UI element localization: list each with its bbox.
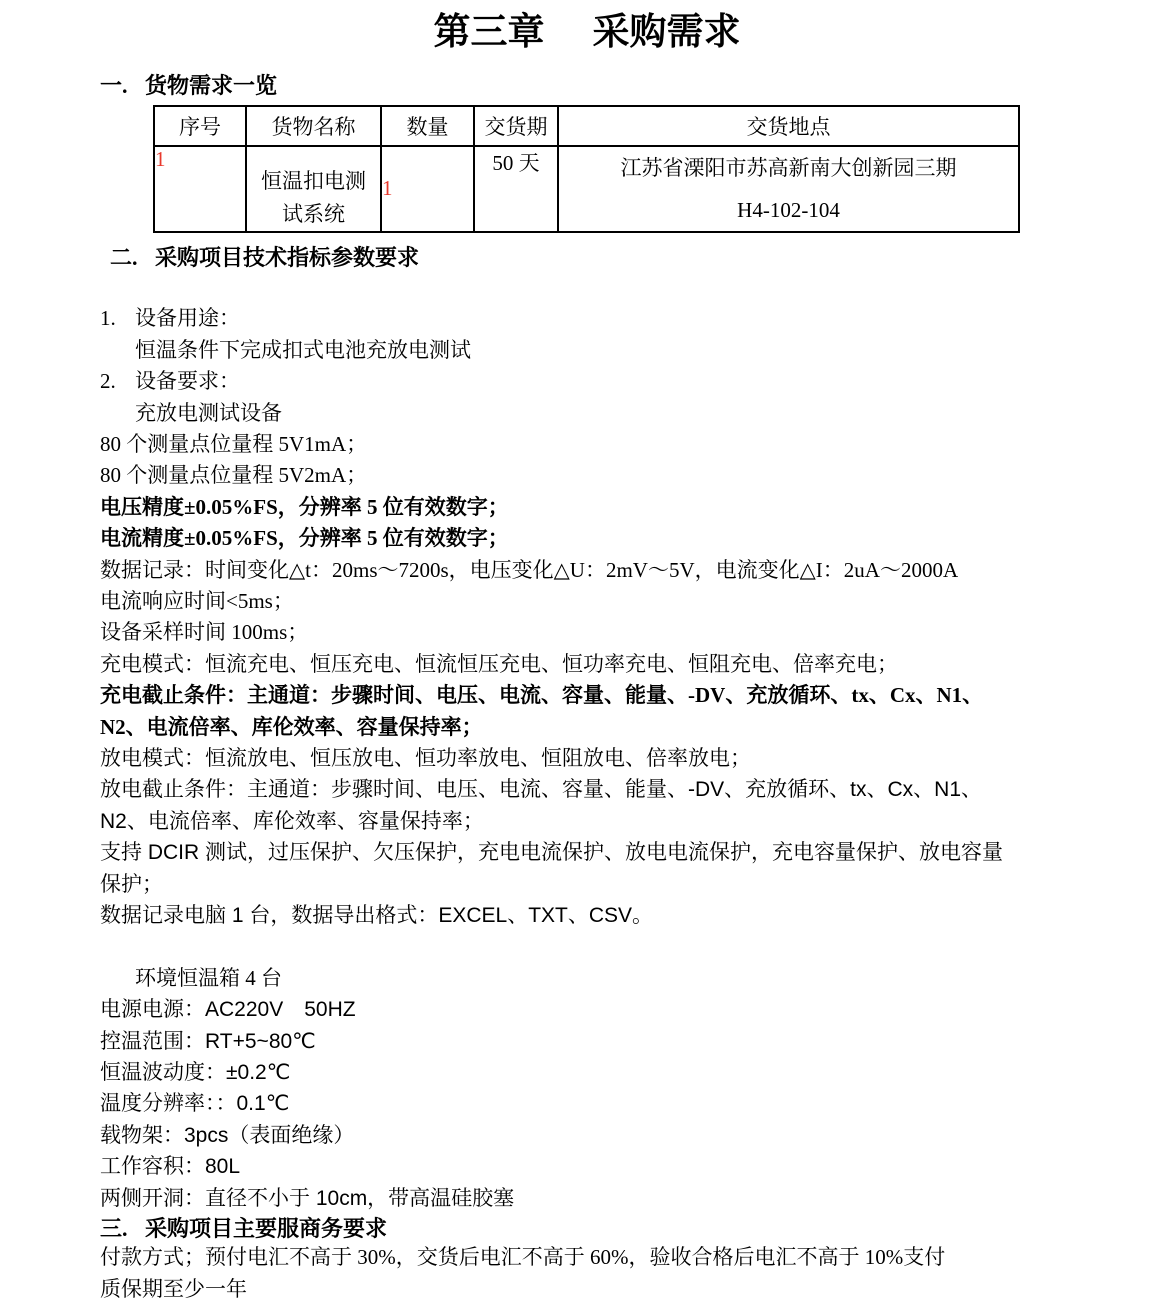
document-page: 第三章采购需求 一.货物需求一览 序号 货物名称 数量 交货期 交货地点 1 恒…: [0, 0, 1174, 1305]
delivery-place-line: H4-102-104: [559, 189, 1018, 231]
item-number: 2.: [100, 366, 135, 397]
spec-line: 两侧开洞：直径不小于 10cm，带高温硅胶塞: [100, 1183, 1104, 1214]
delivery-place-line: 江苏省溧阳市苏高新南大创新园三期: [559, 147, 1018, 189]
spec-line: 工作容积：80L: [100, 1151, 1104, 1182]
section-title: 采购项目主要服商务要求: [145, 1216, 387, 1241]
spec-line: 载物架：3pcs（表面绝缘）: [100, 1120, 1104, 1151]
tech-spec-list: 1.设备用途：恒温条件下完成扣式电池充放电测试2.设备要求：充放电测试设备80 …: [100, 303, 1104, 1214]
header-delivery-time: 交货期: [474, 106, 558, 146]
spec-line: 恒温波动度：±0.2℃: [100, 1057, 1104, 1088]
goods-name-line: 试系统: [247, 198, 380, 231]
section-number: 二.: [110, 245, 155, 271]
spec-line: 充放电测试设备: [100, 398, 1104, 429]
goods-name-line: 恒温扣电测: [247, 165, 380, 198]
spec-line: 充电截止条件：主通道：步骤时间、电压、电流、容量、能量、-DV、充放循环、tx、…: [100, 680, 1104, 711]
numbered-item: 2.设备要求：: [100, 366, 1104, 397]
spec-line: 保护；: [100, 869, 1104, 900]
spec-line: 电流精度±0.05%FS，分辨率 5 位有效数字；: [100, 523, 1104, 554]
spec-line: 温度分辨率：：0.1℃: [100, 1088, 1104, 1119]
blank-line: [100, 931, 1104, 962]
spec-line: 支持 DCIR 测试，过压保护、欠压保护，充电电流保护、放电电流保护，充电容量保…: [100, 837, 1104, 868]
header-seq: 序号: [154, 106, 246, 146]
spec-line: 数据记录：时间变化△t：20ms～7200s，电压变化△U：2mV～5V，电流变…: [100, 555, 1104, 586]
title-chapter: 第三章: [434, 12, 545, 53]
spec-line: 环境恒温箱 4 台: [100, 963, 1104, 994]
spec-line: 电压精度±0.05%FS，分辨率 5 位有效数字；: [100, 492, 1104, 523]
item-number: 1.: [100, 303, 135, 334]
spec-line: 质保期至少一年: [100, 1274, 1104, 1305]
section-heading-tech: 二.采购项目技术指标参数要求: [110, 245, 1174, 271]
cell-delivery-time: 50 天: [474, 146, 558, 232]
section-number: 一.: [100, 73, 145, 99]
section-number: 三.: [100, 1216, 145, 1242]
spec-line: 充电模式：恒流充电、恒压充电、恒流恒压充电、恒功率充电、恒阻充电、倍率充电；: [100, 649, 1104, 680]
spec-line: 电流响应时间<5ms；: [100, 586, 1104, 617]
table-header-row: 序号 货物名称 数量 交货期 交货地点: [154, 106, 1019, 146]
header-delivery-place: 交货地点: [558, 106, 1019, 146]
cell-quantity: 1: [381, 146, 474, 232]
cell-goods-name: 恒温扣电测 试系统: [246, 146, 381, 232]
spec-line: 放电模式：恒流放电、恒压放电、恒功率放电、恒阻放电、倍率放电；: [100, 743, 1104, 774]
spec-line: 付款方式；预付电汇不高于 30%，交货后电汇不高于 60%，验收合格后电汇不高于…: [100, 1242, 1104, 1273]
spec-line: N2、电流倍率、库伦效率、容量保持率；: [100, 806, 1104, 837]
section-title: 货物需求一览: [145, 73, 277, 98]
cell-delivery-place: 江苏省溧阳市苏高新南大创新园三期 H4-102-104: [558, 146, 1019, 232]
section-heading-business: 三.采购项目主要服商务要求: [100, 1216, 1174, 1242]
business-terms-list: 付款方式；预付电汇不高于 30%，交货后电汇不高于 60%，验收合格后电汇不高于…: [100, 1242, 1104, 1305]
title-text: 采购需求: [593, 12, 741, 53]
goods-table: 序号 货物名称 数量 交货期 交货地点 1 恒温扣电测 试系统 1 50 天 江…: [153, 105, 1020, 233]
cell-seq: 1: [154, 146, 246, 232]
spec-line: 恒温条件下完成扣式电池充放电测试: [100, 335, 1104, 366]
section-heading-goods: 一.货物需求一览: [100, 73, 1174, 99]
spec-line: 电源电源：AC220V 50HZ: [100, 994, 1104, 1025]
spec-line: N2、电流倍率、库伦效率、容量保持率；: [100, 712, 1104, 743]
spec-line: 设备采样时间 100ms；: [100, 617, 1104, 648]
numbered-item: 1.设备用途：: [100, 303, 1104, 334]
header-goods-name: 货物名称: [246, 106, 381, 146]
page-title: 第三章采购需求: [0, 12, 1174, 55]
spec-line: 放电截止条件：主通道：步骤时间、电压、电流、容量、能量、-DV、充放循环、tx、…: [100, 774, 1104, 805]
spec-line: 80 个测量点位量程 5V1mA；: [100, 429, 1104, 460]
header-quantity: 数量: [381, 106, 474, 146]
spec-line: 控温范围：RT+5~80℃: [100, 1026, 1104, 1057]
spec-line: 数据记录电脑 1 台，数据导出格式：EXCEL、TXT、CSV。: [100, 900, 1104, 931]
goods-row: 1 恒温扣电测 试系统 1 50 天 江苏省溧阳市苏高新南大创新园三期 H4-1…: [154, 146, 1019, 232]
section-title: 采购项目技术指标参数要求: [155, 245, 419, 270]
item-text: 设备用途：: [135, 306, 240, 330]
item-text: 设备要求：: [135, 369, 240, 393]
spec-line: 80 个测量点位量程 5V2mA；: [100, 460, 1104, 491]
